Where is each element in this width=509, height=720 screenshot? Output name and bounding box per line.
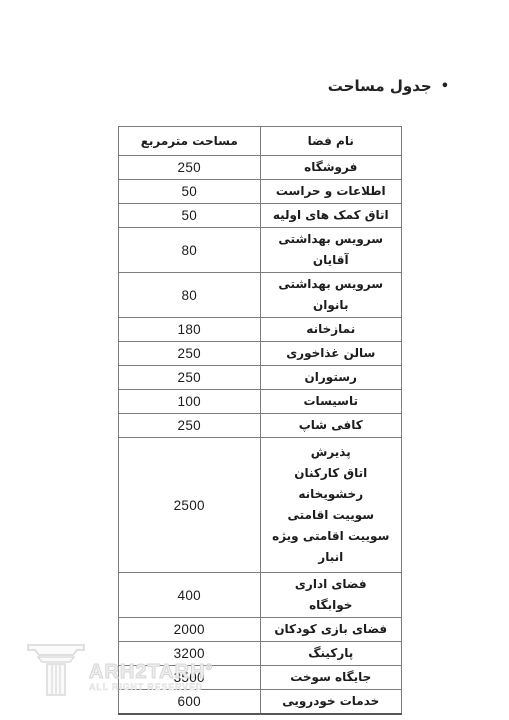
space-name-cell: رستوران [260,366,402,390]
header-space-name: نام فضا [260,127,402,156]
area-value-cell: 250 [119,156,261,180]
table-row: تاسیسات100 [119,390,402,414]
table-row: سرویس بهداشتی بانوان80 [119,273,402,318]
area-value-cell: 250 [119,366,261,390]
space-name-cell: خدمات خودرویی [260,690,402,715]
space-name-cell: سرویس بهداشتی آقایان [260,228,402,273]
table-row: فضای اداری خوابگاه400 [119,573,402,618]
table-row: سالن غذاخوری250 [119,342,402,366]
area-value-cell: 80 [119,228,261,273]
table-row: پذیرش اتاق کارکنان رخشویخانه سوییت اقامت… [119,438,402,573]
space-name-cell: نمازخانه [260,318,402,342]
space-name-cell: تاسیسات [260,390,402,414]
watermark-brand-text: ARH2TARH [89,661,206,683]
area-value-cell: 400 [119,573,261,618]
table-row: فضای بازی کودکان2000 [119,618,402,642]
table-row: رستوران250 [119,366,402,390]
space-name-cell: کافی شاپ [260,414,402,438]
space-name-cell: سالن غذاخوری [260,342,402,366]
area-value-cell: 50 [119,180,261,204]
watermark-text: ARH2TARH® ALL RIGHT RESERVED [89,658,212,692]
area-value-cell: 80 [119,273,261,318]
space-name-cell: فضای بازی کودکان [260,618,402,642]
bullet-icon: • [441,80,449,93]
area-value-cell: 250 [119,342,261,366]
space-name-cell: اطلاعات و حراست [260,180,402,204]
area-value-cell: 180 [119,318,261,342]
section-title-text: جدول مساحت [328,77,432,95]
area-value-cell: 50 [119,204,261,228]
table-row: کافی شاپ250 [119,414,402,438]
space-name-cell: پذیرش اتاق کارکنان رخشویخانه سوییت اقامت… [260,438,402,573]
watermark-logo: ARH2TARH® ALL RIGHT RESERVED [27,641,212,701]
table-header-row: نام فضا مساحت مترمربع [119,127,402,156]
watermark-tagline: ALL RIGHT RESERVED [89,682,212,692]
area-value-cell: 100 [119,390,261,414]
table-row: فروشگاه250 [119,156,402,180]
space-name-cell: فضای اداری خوابگاه [260,573,402,618]
pillar-icon [27,641,85,701]
table-row: سرویس بهداشتی آقایان80 [119,228,402,273]
area-value-cell: 250 [119,414,261,438]
space-name-cell: سرویس بهداشتی بانوان [260,273,402,318]
section-title: • جدول مساحت [328,77,449,95]
table-row: اطلاعات و حراست50 [119,180,402,204]
area-value-cell: 2000 [119,618,261,642]
space-name-cell: فروشگاه [260,156,402,180]
table-row: نمازخانه180 [119,318,402,342]
watermark-brand: ARH2TARH® [89,658,212,681]
table-row: اتاق کمک های اولیه50 [119,204,402,228]
area-value-cell: 2500 [119,438,261,573]
area-table: نام فضا مساحت مترمربع فروشگاه250اطلاعات … [118,126,402,715]
header-area: مساحت مترمربع [119,127,261,156]
space-name-cell: جایگاه سوخت [260,666,402,690]
registered-mark-icon: ® [206,662,213,672]
space-name-cell: پارکینگ [260,642,402,666]
space-name-cell: اتاق کمک های اولیه [260,204,402,228]
